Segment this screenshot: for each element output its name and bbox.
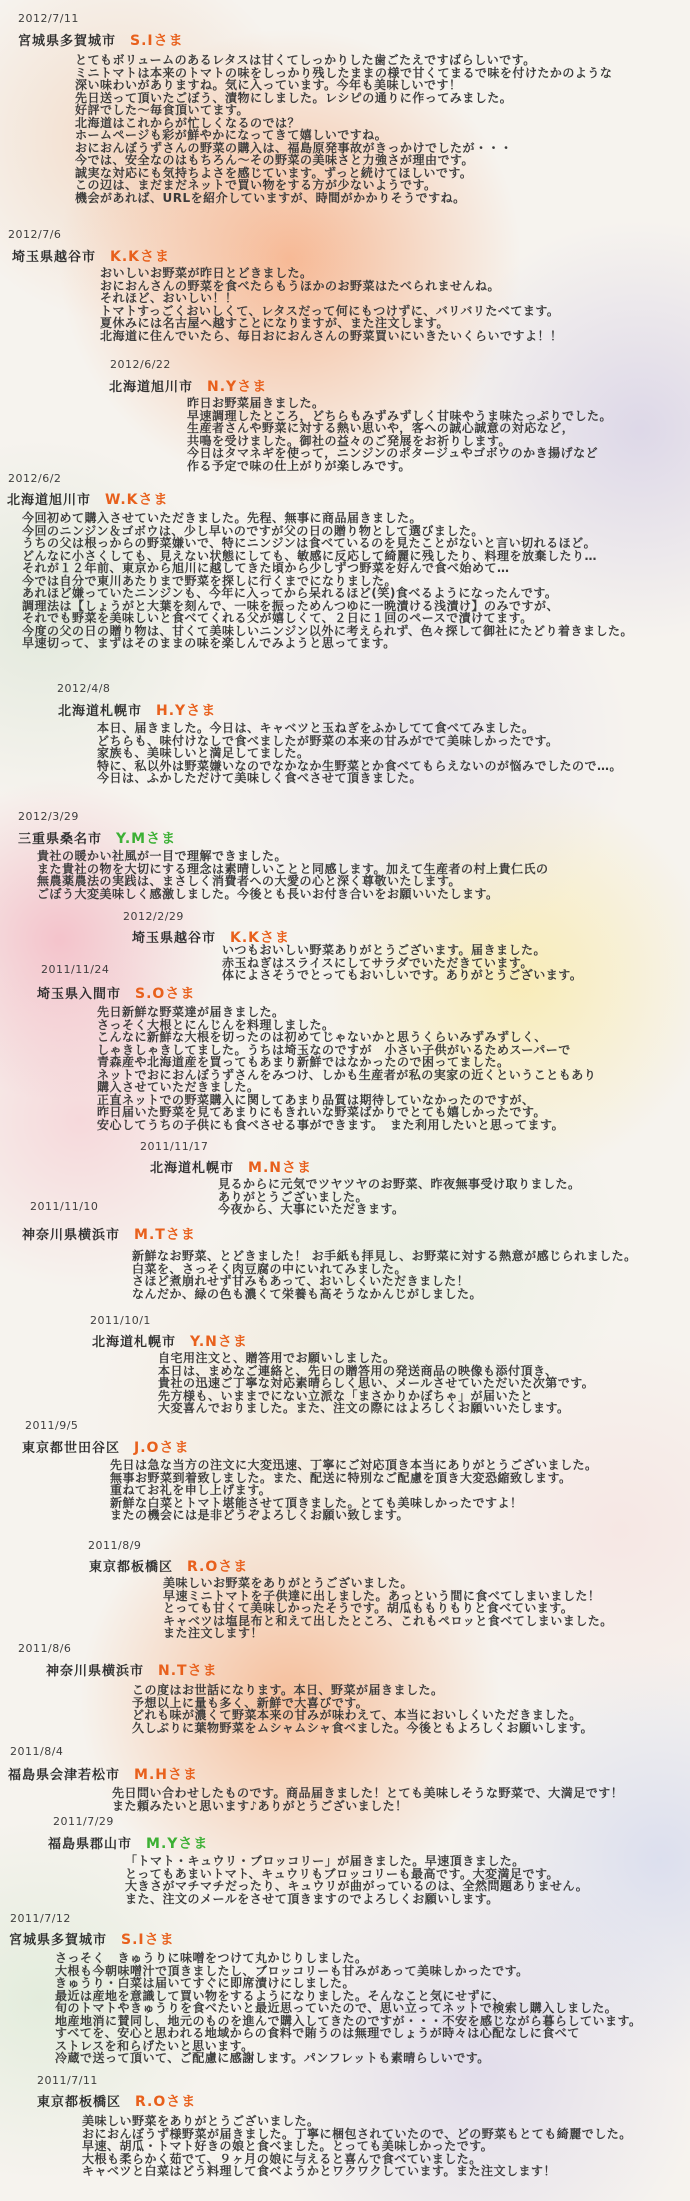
testimonial-header: 三重県桑名市Y.Mさま xyxy=(18,828,176,848)
testimonial-name: K.Kさま xyxy=(110,249,170,265)
testimonial-body: いつもおいしい野菜ありがとうございます。届きました。 赤玉ねぎはスライスにしてサ… xyxy=(222,944,582,982)
testimonial-name: N.Tさま xyxy=(158,1663,218,1679)
testimonial-date: 2012/6/22 xyxy=(110,358,171,371)
testimonial-location: 宮城県多賀城市 xyxy=(9,1933,107,1948)
testimonial-body: 貴社の暖かい社風が一目で理解できました。 また貴社の物を大切にする理念は素晴しい… xyxy=(37,850,549,900)
testimonial-location: 宮城県多賀城市 xyxy=(18,34,116,49)
testimonial-body: とてもボリュームのあるレタスは甘くてしっかりした歯ごたえですばらしいです。 ミニ… xyxy=(75,54,612,204)
testimonial-name: Y.Nさま xyxy=(190,1334,248,1350)
testimonial-date: 2011/11/10 xyxy=(30,1200,98,1213)
testimonial-location: 埼玉県越谷市 xyxy=(132,931,216,946)
testimonial-location: 神奈川県横浜市 xyxy=(22,1228,120,1243)
testimonial-body: 新鮮なお野菜、とどきました！ お手紙も拝見し、お野菜に対する熱意が感じられました… xyxy=(132,1250,637,1300)
testimonial-header: 北海道旭川市N.Yさま xyxy=(109,376,267,396)
testimonial-location: 福島県郡山市 xyxy=(48,1837,132,1852)
testimonial-date: 2011/10/1 xyxy=(90,1314,151,1327)
testimonial-body: 本日、届きました。今日は、キャベツと玉ねぎをふかしてて食べてみました。 どちらも… xyxy=(97,722,622,785)
testimonial-date: 2011/8/9 xyxy=(88,1539,141,1552)
testimonial-date: 2012/6/2 xyxy=(8,472,61,485)
testimonial-header: 東京都板橋区R.Oさま xyxy=(89,1556,248,1576)
testimonial-header: 東京都板橋区R.Oさま xyxy=(37,2091,196,2111)
testimonial-header: 神奈川県横浜市N.Tさま xyxy=(46,1660,218,1680)
testimonial-date: 2011/8/6 xyxy=(18,1642,71,1655)
testimonial-body: 先日問い合わせしたものです。商品届きました！とても美味しそうな野菜で、大満足です… xyxy=(112,1787,623,1812)
testimonial-header: 福島県会津若松市M.Hさま xyxy=(8,1764,198,1784)
testimonial-body: 昨日お野菜届きました。 早速調理したところ，どちらもみずみずしく甘味やうま味たっ… xyxy=(187,397,612,472)
testimonial-body: さっそく きゅうりに味噌をつけて丸かじりしました。 大根も今朝味噌汁で頂きました… xyxy=(55,1952,642,2065)
testimonial-name: M.Yさま xyxy=(146,1836,208,1852)
testimonial-date: 2012/4/8 xyxy=(57,682,110,695)
testimonial-location: 東京都板橋区 xyxy=(89,1560,173,1575)
testimonial-location: 東京都板橋区 xyxy=(37,2095,121,2110)
testimonial-body: おいしいお野菜が昨日とどきました。 おにおんさんの野菜を食べたらもうほかのお野菜… xyxy=(100,267,563,342)
testimonial-name: M.Tさま xyxy=(134,1227,196,1243)
testimonial-location: 三重県桑名市 xyxy=(18,832,102,847)
testimonials-page: 2012/7/11 宮城県多賀城市S.Iさま とてもボリュームのあるレタスは甘く… xyxy=(0,0,690,2201)
testimonial-body: 美味しい野菜をありがとうございました。 おにおんぼうず様野菜が届きました。丁寧に… xyxy=(82,2115,632,2178)
testimonial-name: Y.Mさま xyxy=(116,831,176,847)
testimonial-name: N.Yさま xyxy=(207,379,267,395)
testimonial-header: 北海道札幌市M.Nさま xyxy=(150,1157,312,1177)
testimonial-date: 2011/7/12 xyxy=(10,1912,71,1925)
testimonial-name: S.Iさま xyxy=(121,1932,175,1948)
testimonial-location: 北海道札幌市 xyxy=(58,704,142,719)
testimonial-date: 2012/7/6 xyxy=(8,228,61,241)
testimonial-body: 今回初めて購入させていただきました。先程、無事に商品届きました。 今回のニンジン… xyxy=(22,512,633,650)
testimonial-name: R.Oさま xyxy=(135,2094,196,2110)
testimonial-location: 北海道札幌市 xyxy=(150,1161,234,1176)
testimonial-header: 宮城県多賀城市S.Iさま xyxy=(18,30,184,50)
testimonial-name: J.Oさま xyxy=(134,1440,189,1456)
testimonial-location: 東京都世田谷区 xyxy=(22,1441,120,1456)
testimonial-location: 神奈川県横浜市 xyxy=(46,1664,144,1679)
testimonial-name: S.Oさま xyxy=(135,986,195,1002)
testimonial-body: 自宅用注文と、贈答用でお願いしました。 本日は、まめなご連絡と、先日の贈答用の発… xyxy=(158,1352,594,1415)
testimonial-header: 神奈川県横浜市M.Tさま xyxy=(22,1224,196,1244)
testimonial-date: 2012/3/29 xyxy=(18,810,79,823)
testimonial-body: この度はお世話になります。本日、野菜が届きました。 予想以上に量も多く、新鮮で大… xyxy=(132,1684,593,1734)
testimonial-location: 北海道旭川市 xyxy=(109,380,193,395)
testimonial-header: 埼玉県越谷市K.Kさま xyxy=(12,246,170,266)
testimonial-header: 北海道札幌市Y.Nさま xyxy=(92,1331,248,1351)
testimonial-date: 2011/7/11 xyxy=(37,2074,98,2087)
testimonial-header: 北海道旭川市W.Kさま xyxy=(7,489,168,509)
testimonial-name: M.Nさま xyxy=(248,1160,312,1176)
testimonial-header: 宮城県多賀城市S.Iさま xyxy=(9,1929,175,1949)
testimonial-location: 北海道札幌市 xyxy=(92,1335,176,1350)
testimonial-location: 福島県会津若松市 xyxy=(8,1768,120,1783)
testimonial-name: R.Oさま xyxy=(187,1559,248,1575)
testimonial-header: 北海道札幌市H.Yさま xyxy=(58,700,216,720)
testimonial-name: W.Kさま xyxy=(105,492,168,508)
testimonial-header: 東京都世田谷区J.Oさま xyxy=(22,1437,189,1457)
testimonial-date: 2011/7/29 xyxy=(53,1815,114,1828)
testimonial-date: 2011/9/5 xyxy=(25,1419,78,1432)
testimonial-date: 2012/7/11 xyxy=(18,12,79,25)
testimonial-body: 見るからに元気でツヤツヤのお野菜、昨夜無事受け取りました。 ありがとうございまし… xyxy=(218,1178,581,1216)
testimonial-location: 埼玉県入間市 xyxy=(37,987,121,1002)
testimonial-location: 北海道旭川市 xyxy=(7,493,91,508)
testimonial-name: H.Yさま xyxy=(156,703,216,719)
testimonial-header: 埼玉県入間市S.Oさま xyxy=(37,983,195,1003)
testimonial-header: 福島県郡山市M.Yさま xyxy=(48,1833,208,1853)
testimonial-body: 先日は急な当方の注文に大変迅速、丁寧にご対応頂き本当にありがとうございました。 … xyxy=(110,1459,598,1522)
testimonial-date: 2011/11/17 xyxy=(140,1140,208,1153)
testimonial-date: 2012/2/29 xyxy=(123,910,184,923)
testimonial-body: 「トマト・キュウリ・ブロッコリー」が届きました。早速頂きました。 とってもあまい… xyxy=(125,1855,588,1905)
testimonial-date: 2011/8/4 xyxy=(10,1745,63,1758)
testimonial-body: 先日新鮮な野菜達が届きました。 さっそく大根とにんじんを料理しました。 こんなに… xyxy=(97,1006,596,1131)
testimonial-name: M.Hさま xyxy=(134,1767,198,1783)
testimonial-location: 埼玉県越谷市 xyxy=(12,250,96,265)
testimonial-date: 2011/11/24 xyxy=(41,963,109,976)
testimonial-body: 美味しいお野菜をありがとうございました。 早速ミニトマトを子供達に出しました。あ… xyxy=(163,1577,613,1640)
testimonial-name: S.Iさま xyxy=(130,33,184,49)
